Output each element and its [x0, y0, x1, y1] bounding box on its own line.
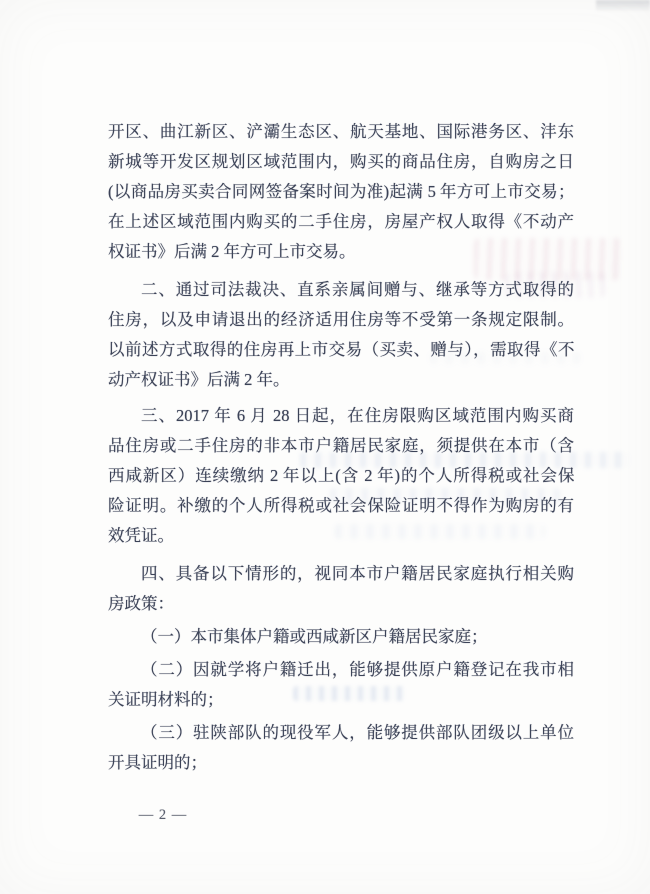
text-line: 动产权证书》后满 2 年。: [108, 365, 574, 395]
text-line: 四、具备以下情形的，视同本市户籍居民家庭执行相关购: [108, 559, 574, 589]
text-line: 品住房或二手住房的非本市户籍居民家庭，须提供在本市（含: [108, 431, 574, 461]
text-line: 开具证明的；: [108, 748, 574, 778]
text-line: 房政策：: [108, 589, 574, 619]
corner-smudge-artifact: [596, 0, 650, 11]
text-line: 以前述方式取得的住房再上市交易（买卖、赠与），需取得《不: [108, 335, 574, 365]
text-line: （一）本市集体户籍或西咸新区户籍居民家庭；: [108, 622, 574, 652]
scanned-document-page: 开区、曲江新区、浐灞生态区、航天基地、国际港务区、沣东新城等开发区规划区域范围内…: [0, 0, 650, 894]
text-line: 权证书》后满 2 年方可上市交易。: [108, 237, 574, 267]
text-line: 二、通过司法裁决、直系亲属间赠与、继承等方式取得的: [108, 275, 574, 305]
text-line: 三、2017 年 6 月 28 日起，在住房限购区域范围内购买商: [108, 401, 574, 431]
text-line: （三）驻陕部队的现役军人，能够提供部队团级以上单位: [108, 718, 574, 748]
text-line: （二）因就学将户籍迁出，能够提供原户籍登记在我市相: [108, 655, 574, 685]
page-number: — 2 —: [133, 804, 193, 826]
text-line: (以商品房买卖合同网签备案时间为准)起满 5 年方可上市交易；: [108, 177, 574, 207]
text-line: 在上述区域范围内购买的二手住房，房屋产权人取得《不动产: [108, 207, 574, 237]
text-line: 住房，以及申请退出的经济适用住房等不受第一条规定限制。: [108, 305, 574, 335]
text-line: 效凭证。: [108, 521, 574, 551]
text-line: 开区、曲江新区、浐灞生态区、航天基地、国际港务区、沣东: [108, 117, 574, 147]
text-line: 新城等开发区规划区域范围内，购买的商品住房，自购房之日: [108, 147, 574, 177]
text-line: 险证明。补缴的个人所得税或社会保险证明不得作为购房的有: [108, 491, 574, 521]
text-line: 关证明材料的；: [108, 685, 574, 715]
document-text-block: 开区、曲江新区、浐灞生态区、航天基地、国际港务区、沣东新城等开发区规划区域范围内…: [108, 117, 574, 778]
text-line: 西咸新区）连续缴纳 2 年以上(含 2 年)的个人所得税或社会保: [108, 461, 574, 491]
